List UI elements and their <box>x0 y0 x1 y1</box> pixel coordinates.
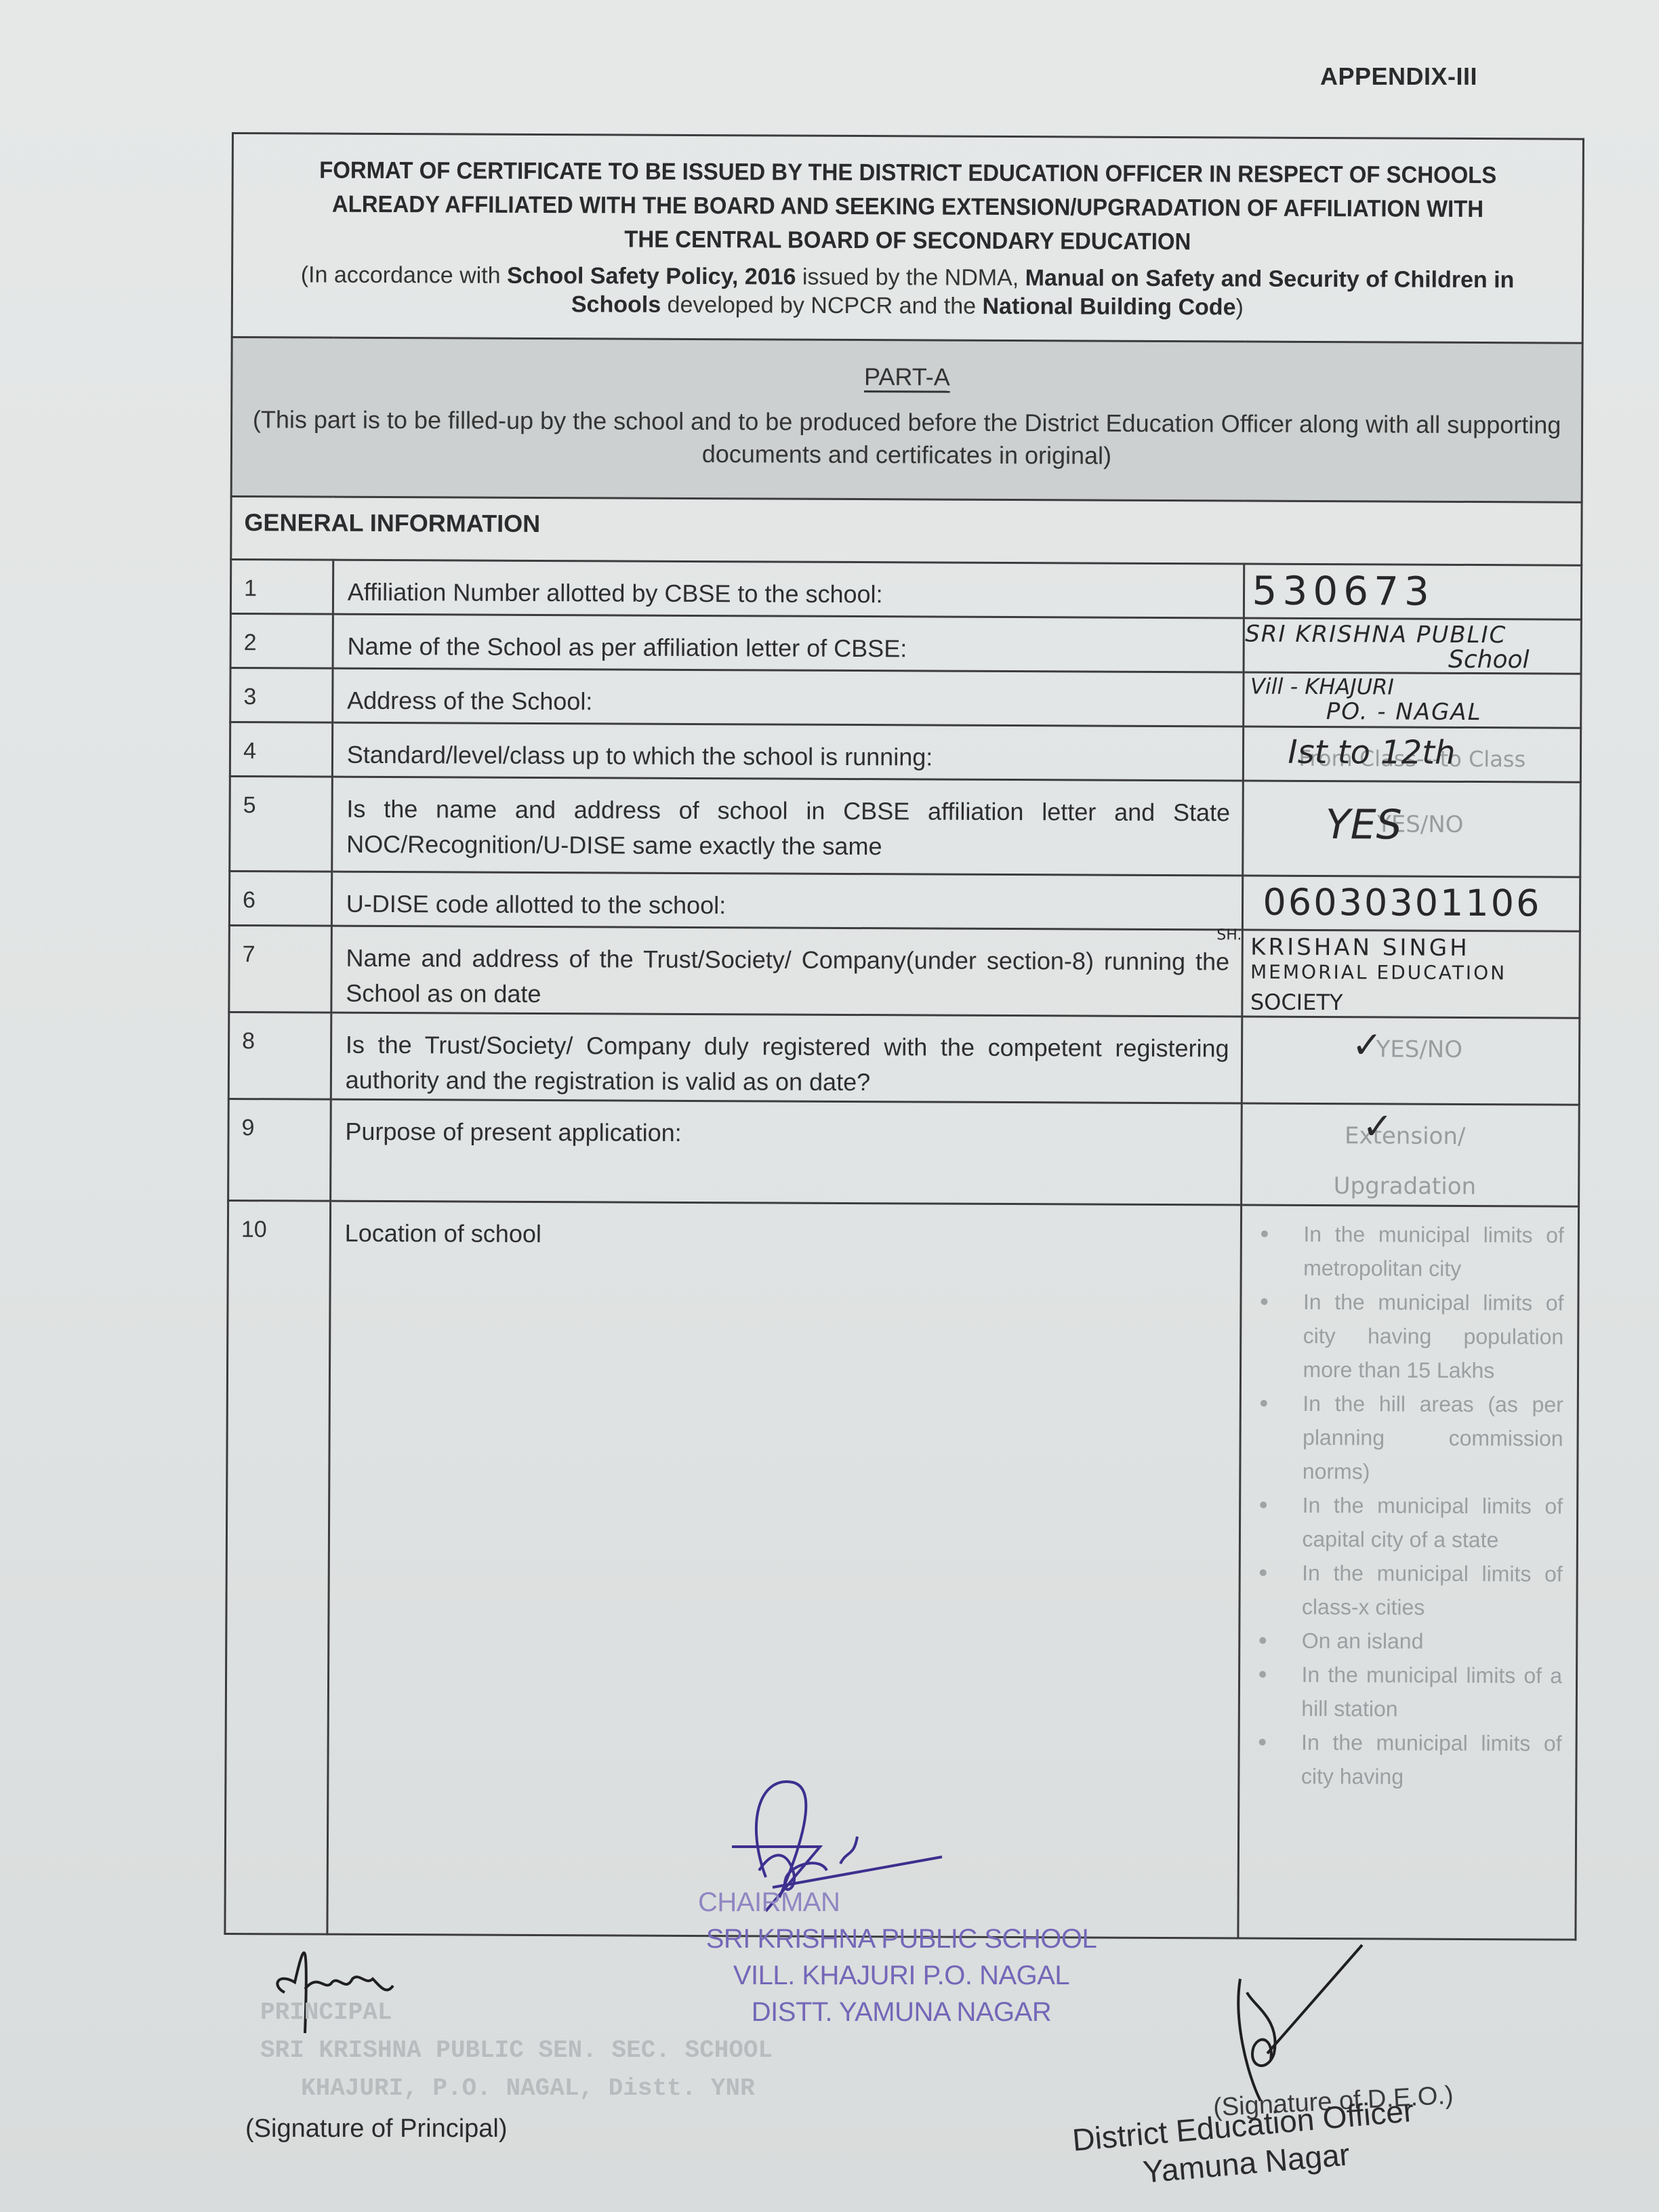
appendix-label: APPENDIX-III <box>1320 62 1477 91</box>
row-label: U-DISE code allotted to the school: <box>331 872 1243 930</box>
location-option[interactable]: In the municipal limits of class-x citie… <box>1253 1556 1563 1625</box>
checkmark-icon: ✓ <box>1351 1023 1382 1066</box>
class-range-field[interactable]: From Class---to Class Ist to 12th <box>1244 726 1581 782</box>
handwritten-value: MEMORIAL EDUCATION <box>1250 961 1507 985</box>
table-row: 8 Is the Trust/Society/ Company duly reg… <box>228 1012 1580 1105</box>
table-row: 2 Name of the School as per affiliation … <box>230 613 1581 674</box>
row-label: Address of the School: <box>333 668 1244 726</box>
trust-registered-field[interactable]: YES/NO ✓ <box>1242 1017 1580 1105</box>
handwritten-value: SRI KRISHNA PUBLIC <box>1245 621 1507 649</box>
form-header-note: (In accordance with School Safety Policy… <box>253 260 1561 323</box>
application-purpose-field[interactable]: Extension/ Upgradation ✓ <box>1242 1103 1579 1206</box>
row-label: Purpose of present application: <box>330 1099 1242 1205</box>
row-label: Name and address of the Trust/Society/ C… <box>331 926 1243 1017</box>
location-option[interactable]: On an island <box>1253 1624 1563 1659</box>
row-label: Name of the School as per affiliation le… <box>333 614 1244 672</box>
printed-yes-no: YES/NO <box>1376 1036 1462 1063</box>
location-option[interactable]: In the municipal limits of city having <box>1252 1725 1562 1795</box>
option-upgradation[interactable]: Upgradation <box>1334 1172 1477 1200</box>
location-option[interactable]: In the municipal limits of capital city … <box>1253 1488 1563 1557</box>
form-title-line-2: ALREADY AFFILIATED WITH THE BOARD AND SE… <box>293 187 1522 226</box>
certificate-form-table: FORMAT OF CERTIFICATE TO BE ISSUED BY TH… <box>224 132 1584 1941</box>
principal-signature-label: (Signature of Principal) <box>245 2114 508 2144</box>
school-address-field[interactable]: Vill - KHAJURI PO. - NAGAL <box>1244 672 1581 728</box>
row-label: Affiliation Number allotted by CBSE to t… <box>333 560 1244 618</box>
location-option[interactable]: In the municipal limits of metropolitan … <box>1254 1217 1564 1286</box>
handwritten-value: 06030301106 <box>1263 881 1541 925</box>
row-number: 2 <box>230 613 333 668</box>
row-number: 9 <box>228 1099 331 1201</box>
school-name-field[interactable]: SRI KRISHNA PUBLIC School <box>1244 618 1581 674</box>
general-information-heading: GENERAL INFORMATION <box>231 497 1582 566</box>
table-row: 9 Purpose of present application: Extens… <box>228 1099 1580 1206</box>
handwritten-value: Vill - KHAJURI <box>1250 674 1394 700</box>
checkmark-icon: ✓ <box>1362 1105 1393 1147</box>
handwritten-value: SOCIETY <box>1250 989 1343 1016</box>
location-options-list: In the municipal limits of metropolitan … <box>1240 1206 1578 1795</box>
row-number: 3 <box>230 668 333 722</box>
part-a-note: (This part is to be filled-up by the sch… <box>246 403 1568 474</box>
form-title-line-1: FORMAT OF CERTIFICATE TO BE ISSUED BY TH… <box>293 153 1523 192</box>
row-number: 7 <box>229 925 331 1012</box>
table-row: 5 Is the name and address of school in C… <box>230 776 1581 877</box>
name-address-match-field[interactable]: YES/NO YES <box>1243 781 1580 877</box>
location-option[interactable]: In the municipal limits of city having p… <box>1254 1285 1563 1388</box>
form-title-line-3: THE CENTRAL BOARD OF SECONDARY EDUCATION <box>293 221 1522 260</box>
handwritten-prefix: SH. <box>1216 926 1242 943</box>
handwritten-value: KRISHAN SINGH <box>1250 934 1470 962</box>
row-label: Is the name and address of school in CBS… <box>332 777 1244 876</box>
row-label: Is the Trust/Society/ Company duly regis… <box>331 1012 1242 1103</box>
trust-society-field[interactable]: SH. KRISHAN SINGH MEMORIAL EDUCATION SOC… <box>1242 930 1580 1018</box>
row-number: 10 <box>225 1200 331 1934</box>
table-row: 3 Address of the School: Vill - KHAJURI … <box>230 668 1581 728</box>
handwritten-value: 530673 <box>1252 568 1435 615</box>
affiliation-number-field[interactable]: 530673 <box>1244 564 1582 619</box>
row-number: 4 <box>230 722 332 777</box>
handwritten-value: YES <box>1326 801 1402 848</box>
location-option[interactable]: In the municipal limits of a hill statio… <box>1252 1658 1562 1727</box>
row-number: 6 <box>229 871 331 926</box>
handwritten-value: Ist to 12th <box>1288 733 1455 772</box>
row-number: 8 <box>228 1012 331 1099</box>
handwritten-value: School <box>1448 646 1530 674</box>
table-row: 1 Affiliation Number allotted by CBSE to… <box>230 560 1581 620</box>
table-row: 4 Standard/level/class up to which the s… <box>230 722 1580 782</box>
table-row: 7 Name and address of the Trust/Society/… <box>229 925 1580 1018</box>
principal-stamp: PRINCIPAL SRI KRISHNA PUBLIC SEN. SEC. S… <box>260 1994 773 2108</box>
form-header: FORMAT OF CERTIFICATE TO BE ISSUED BY TH… <box>232 134 1583 344</box>
handwritten-value: PO. - NAGAL <box>1326 698 1482 726</box>
location-options-field: In the municipal limits of metropolitan … <box>1238 1205 1578 1940</box>
row-label: Standard/level/class up to which the sch… <box>332 722 1244 781</box>
row-number: 5 <box>230 776 332 872</box>
table-row: 6 U-DISE code allotted to the school: 06… <box>229 871 1580 931</box>
part-a-title: PART-A <box>246 360 1568 394</box>
location-option[interactable]: In the hill areas (as per planning commi… <box>1254 1387 1563 1490</box>
udise-code-field[interactable]: 06030301106 <box>1243 876 1580 931</box>
row-number: 1 <box>230 560 333 615</box>
part-a-band: PART-A (This part is to be filled-up by … <box>231 337 1582 503</box>
